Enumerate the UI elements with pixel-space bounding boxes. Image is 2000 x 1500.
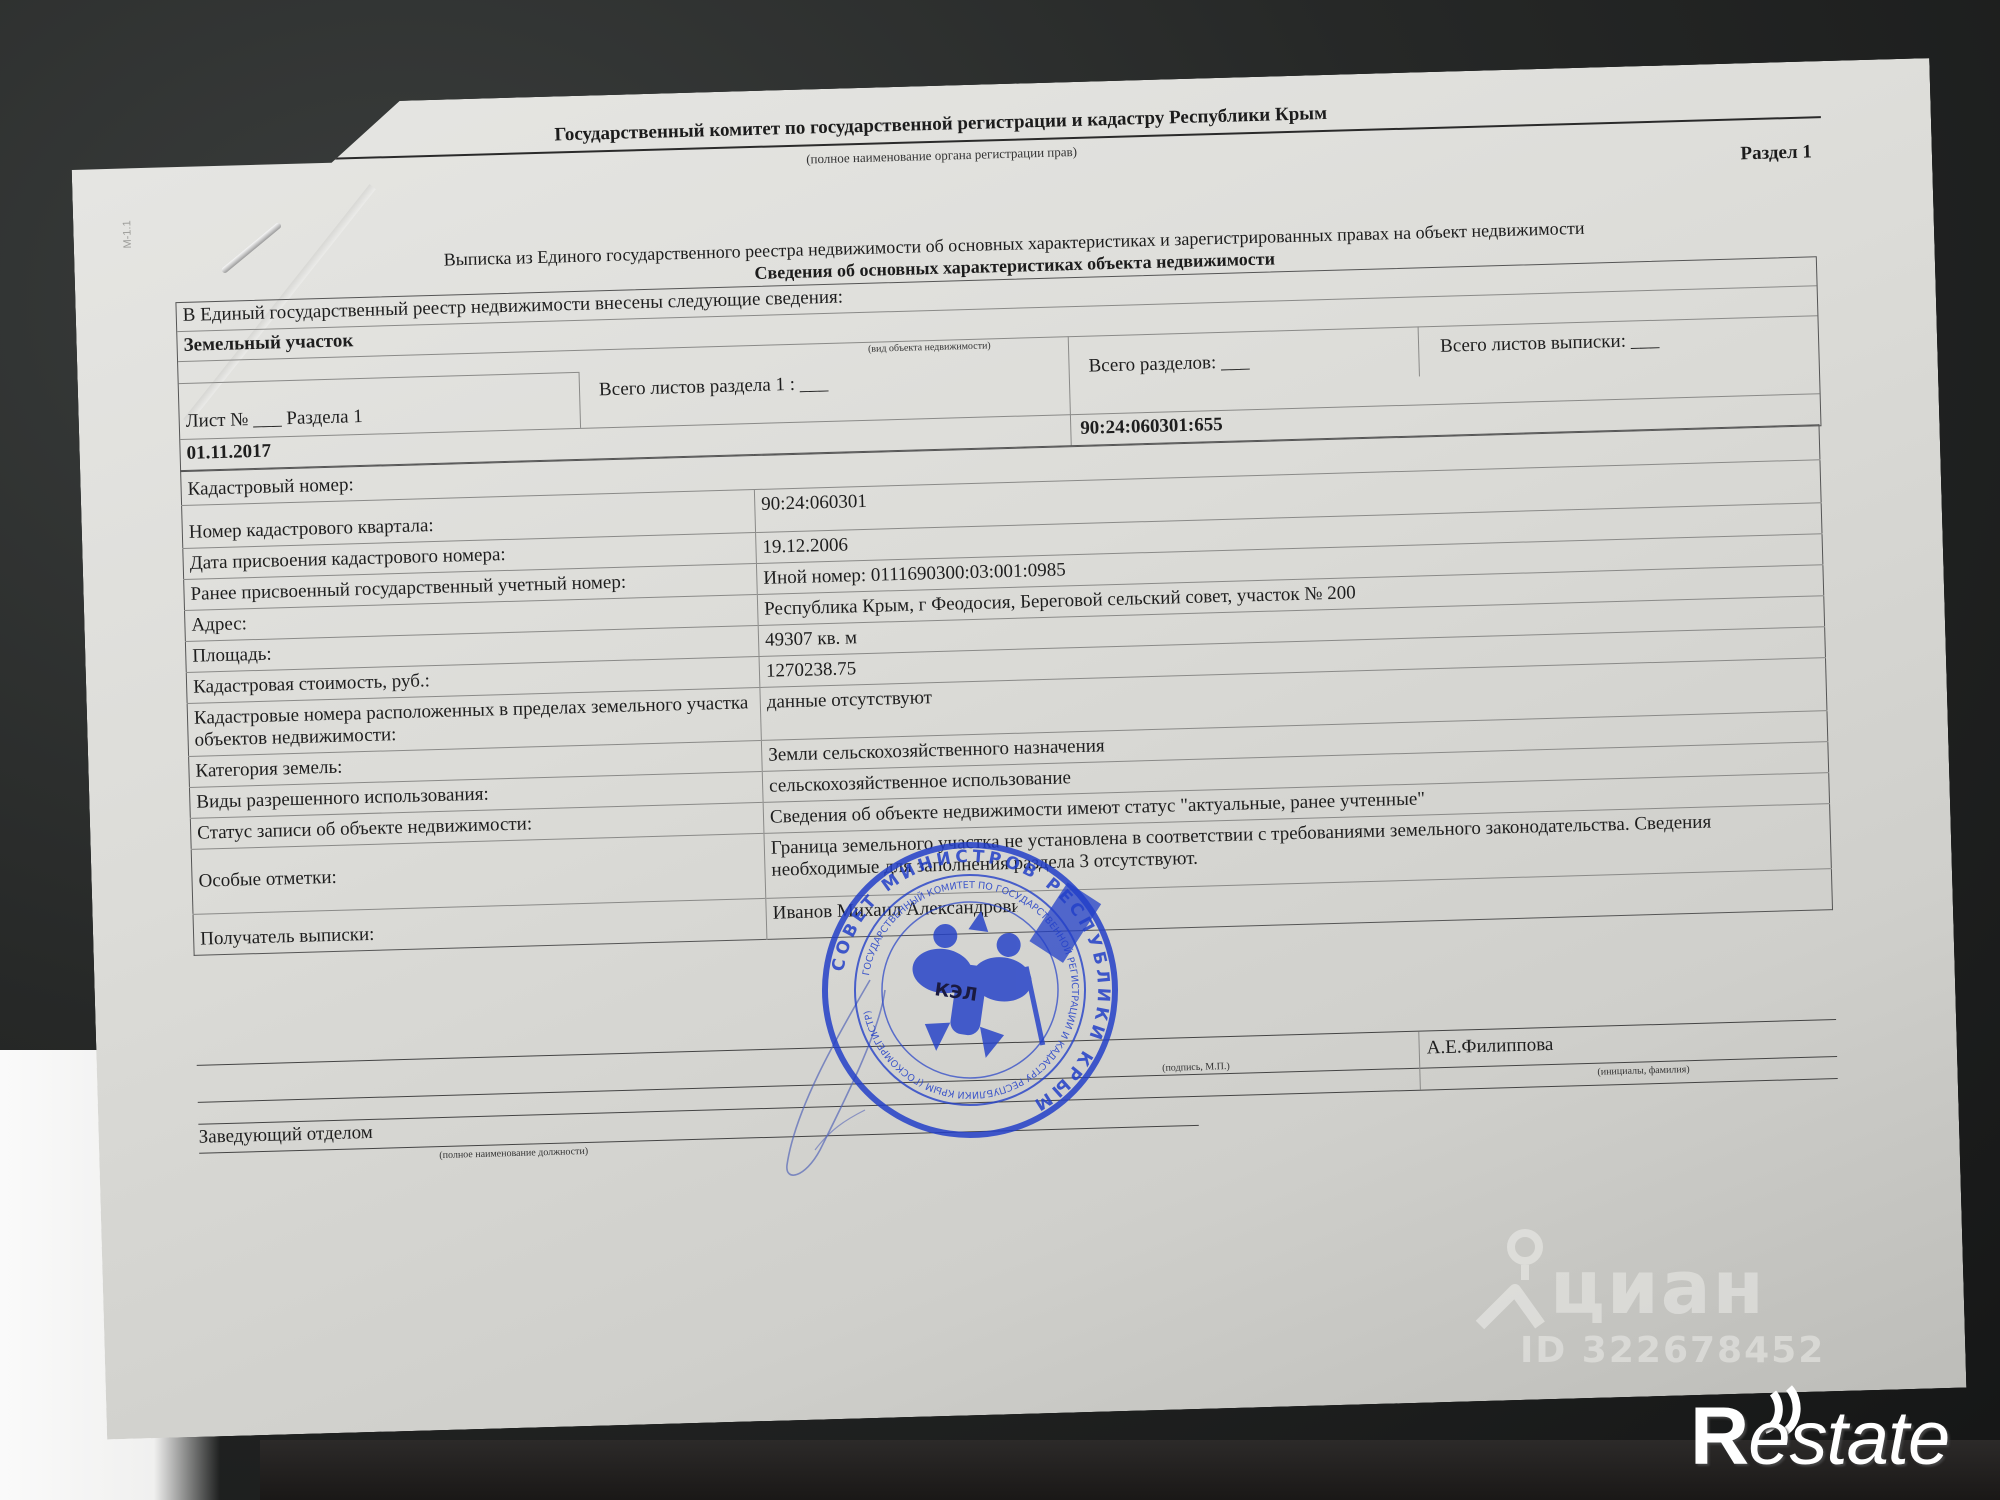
object-type: Земельный участок — [183, 330, 353, 357]
name-caption: (инициалы, фамилия) — [1597, 1064, 1689, 1078]
row-divider — [179, 372, 579, 384]
col-divider — [1068, 336, 1072, 446]
listing-id: ID 322678452 — [1520, 1330, 1825, 1371]
position-caption: (полное наименование должности) — [439, 1146, 588, 1161]
document-sheet: М-1.1 Государственный комитет по государ… — [70, 58, 1966, 1439]
form-side-code: М-1.1 — [121, 220, 134, 248]
extract-date: 01.11.2017 — [186, 441, 271, 465]
sheets-in-section: Всего листов раздела 1 : ___ — [599, 373, 829, 401]
restate-logo-r: R — [1690, 1391, 1748, 1482]
restate-logo: Restate — [1690, 1390, 1949, 1484]
total-sheets: Всего листов выписки: ___ — [1440, 330, 1660, 358]
restate-logo-text: estate — [1748, 1396, 1949, 1481]
signatory-position: Заведующий отделом — [198, 1122, 373, 1149]
map-pin-person-icon — [1470, 1225, 1560, 1335]
sheet-number: Лист № ___ Раздела 1 — [185, 406, 363, 433]
cian-logo-text: циан — [1550, 1245, 1766, 1331]
object-type-caption: (вид объекта недвижимости) — [868, 340, 991, 354]
col-divider — [1418, 1032, 1421, 1090]
total-sections: Всего разделов: ___ — [1088, 351, 1250, 377]
official-seal-icon: СОВЕТ МИНИСТРОВ РЕСПУБЛИКИ КРЫМ ГОСУДАРС… — [801, 821, 1140, 1160]
section-label: Раздел 1 — [1740, 141, 1812, 165]
col-divider — [1418, 326, 1420, 376]
signature-caption: (подпись, М.П.) — [1162, 1061, 1230, 1074]
col-divider — [579, 372, 582, 428]
cadastral-number: 90:24:060301:655 — [1080, 414, 1223, 440]
signatory-name: А.Е.Филиппова — [1426, 1034, 1553, 1060]
